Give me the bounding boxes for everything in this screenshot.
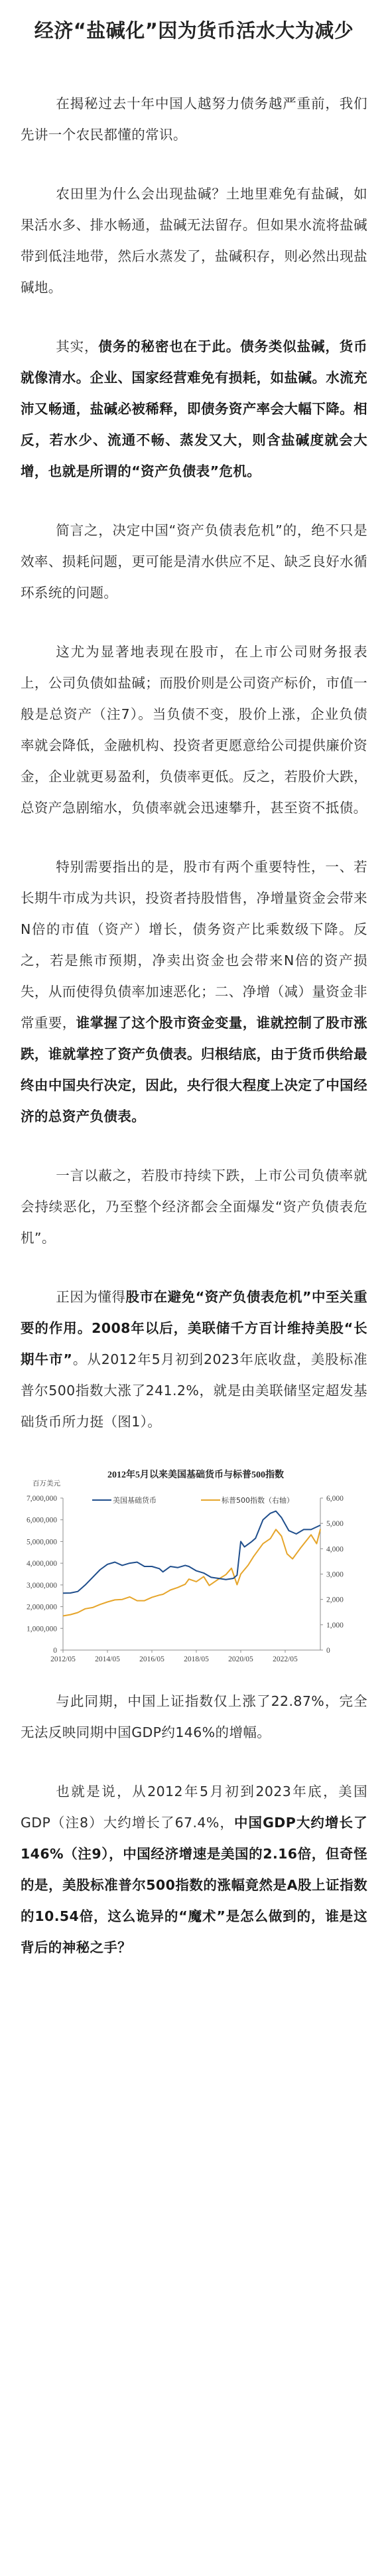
y-tick-label: 1,000,000 (27, 1625, 57, 1633)
text: 这尤为显著地表现在股市，在上市公司财务报表上，公司负债如盐碱；而股价则是公司资产… (21, 644, 367, 816)
paragraph: 与此同期，中国上证指数仅上涨了22.87%，完全无法反映同期中国GDP约146%… (21, 1686, 367, 1748)
text: 一言以蔽之，若股市持续下跌，上市公司负债率就会持续恶化，乃至整个经济都会全面爆发… (21, 1168, 367, 1246)
bottom-spacer (21, 1963, 367, 1989)
bold-text: 债务的秘密也在于此。债务类似盐碱，货币就像清水。企业、国家经营难免有损耗，如盐碱… (21, 339, 367, 479)
paragraph: 正因为懂得股市在避免“资产负债表危机”中至关重要的作用。2008年以后，美联储千… (21, 1282, 367, 1438)
y2-tick-label: 5,000 (326, 1520, 344, 1528)
x-tick-label: 2022/05 (273, 1655, 298, 1663)
text: 。从2012年5月初到2023年底收盘，美股标准普尔500指数大涨了241.2%… (21, 1351, 367, 1430)
bold-text: 中国GDP大约增长了146%（注9），中国经济增速是美国的2.16倍，但奇怪的是… (21, 1815, 367, 1955)
paragraph: 在揭秘过去十年中国人越努力债务越严重前，我们先讲一个农民都懂的常识。 (21, 88, 367, 151)
bold-text: 谁掌握了这个股市资金变量，谁就控制了股市涨跌，谁就掌控了资产负债表。归根结底，由… (21, 1015, 367, 1124)
text: 特别需要指出的是，股市有两个重要特性，一、若长期牛市成为共识，投资者持股惜售，净… (21, 859, 367, 1031)
legend-base-money: 美国基础货币 (113, 1495, 157, 1505)
left-axis-unit: 百万美元 (32, 1479, 60, 1487)
text: 与此同期，中国上证指数仅上涨了22.87%，完全无法反映同期中国GDP约146%… (21, 1693, 367, 1740)
text: 正因为懂得 (56, 1289, 125, 1305)
x-tick-label: 2018/05 (184, 1655, 209, 1663)
chart-legend: 美国基础货币标普500指数（右轴） (92, 1495, 294, 1505)
text: 在揭秘过去十年中国人越努力债务越严重前，我们先讲一个农民都懂的常识。 (21, 96, 367, 143)
y-tick-label: 6,000,000 (27, 1517, 57, 1525)
legend-sp500: 标普500指数（右轴） (222, 1495, 294, 1505)
figure-1-chart: 2012年5月以来美国基础货币与标普500指数 百万美元 01,000,0002… (13, 1464, 378, 1670)
base-money-line (63, 1511, 320, 1594)
paragraph: 特别需要指出的是，股市有两个重要特性，一、若长期牛市成为共识，投资者持股惜售，净… (21, 852, 367, 1132)
y-tick-label: 0 (53, 1647, 57, 1655)
y-tick-label: 7,000,000 (27, 1495, 57, 1503)
paragraph: 一言以蔽之，若股市持续下跌，上市公司负债率就会持续恶化，乃至整个经济都会全面爆发… (21, 1160, 367, 1254)
x-tick-label: 2012/05 (50, 1655, 76, 1663)
x-tick-label: 2020/05 (228, 1655, 253, 1663)
paragraph: 农田里为什么会出现盐碱？土地里难免有盐碱，如果活水多、排水畅通，盐碱无法留存。但… (21, 179, 367, 303)
line-chart: 2012年5月以来美国基础货币与标普500指数 百万美元 01,000,0002… (13, 1464, 378, 1670)
y-tick-label: 4,000,000 (27, 1560, 57, 1568)
paragraph: 这尤为显著地表现在股市，在上市公司财务报表上，公司负债如盐碱；而股价则是公司资产… (21, 637, 367, 824)
chart-lines (63, 1511, 320, 1616)
x-tick-label: 2016/05 (139, 1655, 164, 1663)
y2-tick-label: 1,000 (326, 1622, 344, 1629)
sp500-line (63, 1529, 320, 1616)
text: 其实， (56, 339, 98, 354)
y2-tick-label: 2,000 (326, 1596, 344, 1604)
y2-tick-label: 3,000 (326, 1571, 344, 1579)
chart-title: 2012年5月以来美国基础货币与标普500指数 (107, 1469, 284, 1480)
paragraph: 也就是说，从2012年5月初到2023年底，美国GDP（注8）大约增长了67.4… (21, 1776, 367, 1963)
x-tick-label: 2014/05 (95, 1655, 120, 1663)
y2-tick-label: 4,000 (326, 1545, 344, 1553)
y2-tick-label: 0 (326, 1647, 330, 1655)
article-title: 经济“盐碱化”因为货币活水大为减少 (21, 12, 367, 50)
y2-tick-label: 6,000 (326, 1495, 344, 1503)
y-tick-label: 2,000,000 (27, 1604, 57, 1612)
chart-axes: 01,000,0002,000,0003,000,0004,000,0005,0… (27, 1495, 344, 1663)
text: 农田里为什么会出现盐碱？土地里难免有盐碱，如果活水多、排水畅通，盐碱无法留存。但… (21, 186, 367, 295)
y-tick-label: 5,000,000 (27, 1538, 57, 1546)
paragraph: 其实，债务的秘密也在于此。债务类似盐碱，货币就像清水。企业、国家经营难免有损耗，… (21, 331, 367, 487)
article: 经济“盐碱化”因为货币活水大为减少 在揭秘过去十年中国人越努力债务越严重前，我们… (0, 12, 388, 1989)
paragraph: 简言之，决定中国“资产负债表危机”的，绝不只是效率、损耗问题，更可能是清水供应不… (21, 515, 367, 609)
y-tick-label: 3,000,000 (27, 1582, 57, 1590)
text: 简言之，决定中国“资产负债表危机”的，绝不只是效率、损耗问题，更可能是清水供应不… (21, 522, 367, 601)
